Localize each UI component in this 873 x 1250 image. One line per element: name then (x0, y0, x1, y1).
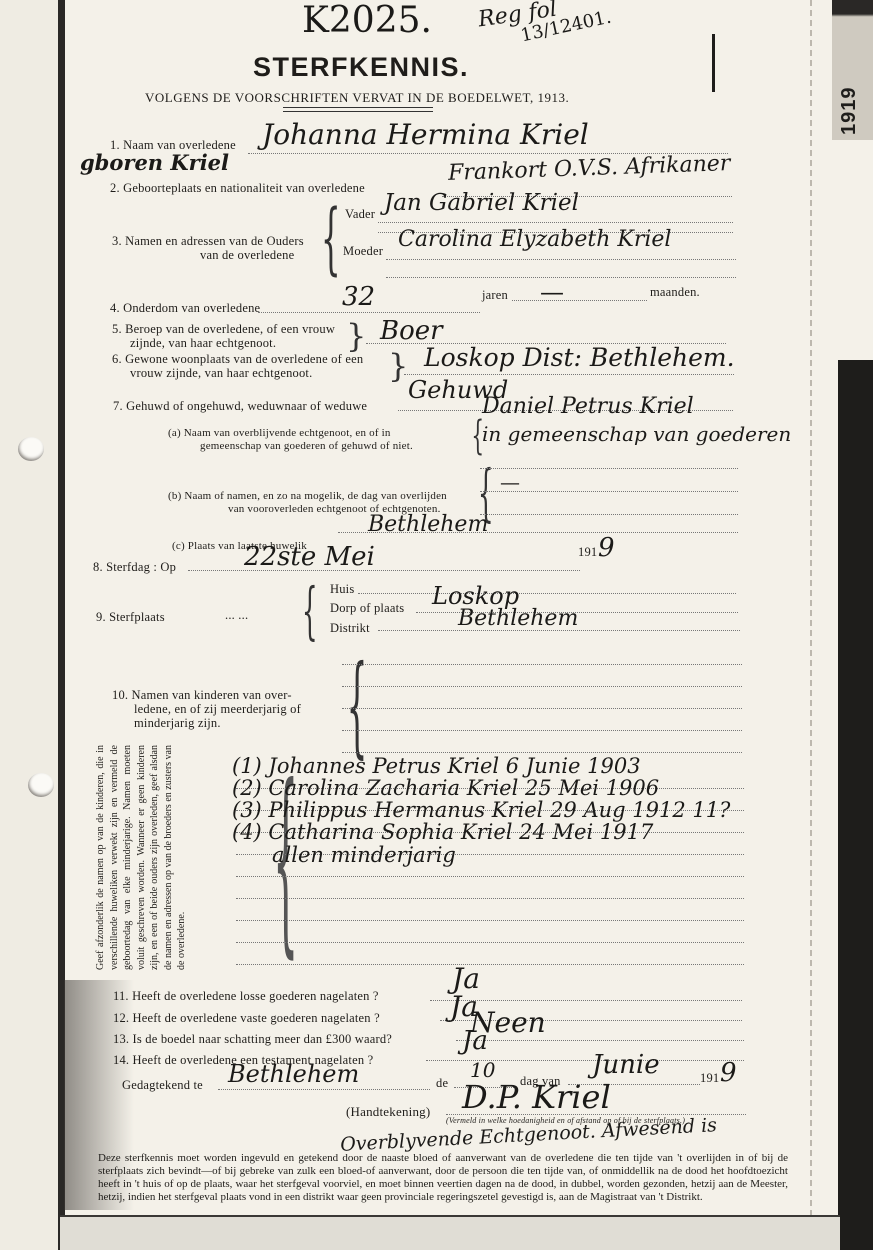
q10-line-3 (342, 708, 742, 709)
q4-label: 4. Onderdom van overledene (110, 301, 260, 316)
q7a-label-line2: gemeenschap van goederen of gehuwd of ni… (200, 440, 413, 452)
q7b-label-line1: (b) Naam of namen, en zo na mogelik, de … (168, 490, 447, 502)
q4-years[interactable]: 32 (342, 282, 375, 312)
q7a-value-line1[interactable]: Daniel Petrus Kriel (482, 394, 694, 419)
margin-mark (712, 34, 715, 92)
bottom-edge (60, 1215, 840, 1250)
q5-value[interactable]: Boer (380, 316, 443, 346)
reference-number: K2025. (302, 0, 432, 41)
signature-label: (Handtekening) (346, 1104, 430, 1120)
children-line-9 (236, 964, 744, 965)
q4-months[interactable]: — (540, 278, 564, 306)
q10-label-line3: minderjarig zijn. (134, 716, 221, 731)
fold-line (810, 0, 812, 1250)
moeder-line (386, 259, 736, 260)
q3-label-line2: van de overledene (200, 248, 294, 263)
q5-label-line2: zijnde, van haar echtgenoot. (130, 336, 276, 351)
q4-years-line (258, 312, 480, 313)
signing-label: Gedagtekend te (122, 1078, 203, 1093)
q10-label-line1: 10. Namen van kinderen van over- (112, 688, 292, 703)
vader-line (378, 222, 733, 223)
q8-year-prefix: 191 (578, 545, 597, 560)
children-line-8 (236, 942, 744, 943)
left-margin (0, 0, 62, 1250)
right-edge-strip (838, 360, 873, 1250)
margin-stamp: 1919 (838, 50, 866, 135)
page-title: STERFKENNIS. (253, 52, 469, 83)
child-entry[interactable]: (3) Philippus Hermanus Kriel 29 Aug 1912… (232, 798, 730, 822)
q1-value[interactable]: Johanna Hermina Kriel (262, 118, 589, 151)
q6-label-line2: vrouw zijnde, van haar echtgenoot. (130, 366, 312, 381)
huis-label: Huis (330, 582, 354, 597)
q5-label-line1: 5. Beroep van de overledene, of een vrou… (112, 322, 335, 337)
dorp-label: Dorp of plaats (330, 601, 404, 616)
children-line-5 (236, 876, 744, 877)
q8-label: 8. Sterfdag : Op (93, 560, 176, 575)
q9-label: 9. Sterfplaats (96, 610, 165, 625)
children-line-7 (236, 920, 744, 921)
huis-line (358, 593, 736, 594)
q3-label-line1: 3. Namen en adressen van de Ouders (112, 234, 304, 249)
q3-brace: { (321, 200, 341, 278)
q7c-value[interactable]: Bethlehem (368, 512, 488, 537)
child-entry[interactable]: (1) Johannes Petrus Kriel 6 Junie 1903 (232, 754, 641, 778)
vader-value[interactable]: Jan Gabriel Kriel (384, 190, 579, 216)
punch-hole (28, 773, 54, 797)
q7b-line-1 (480, 468, 738, 469)
q12-label: 12. Heeft de overledene vaste goederen n… (113, 1011, 380, 1026)
signing-place-line (218, 1089, 430, 1090)
signature[interactable]: D.P. Kriel (462, 1078, 611, 1116)
moeder-value[interactable]: Carolina Elyzabeth Kriel (398, 227, 671, 252)
q4-years-label: jaren (482, 288, 508, 303)
q13-line (456, 1040, 744, 1041)
child-entry[interactable]: (4) Catharina Sophia Kriel 24 Mei 1917 (232, 820, 653, 844)
child-status[interactable]: allen minderjarig (272, 843, 456, 867)
q7b-line-3 (480, 514, 738, 515)
q7a-value-line2[interactable]: in gemeenschap van goederen (482, 422, 791, 446)
children-line-6 (236, 898, 744, 899)
q10-line-2 (342, 686, 742, 687)
page-subtitle: VOLGENS DE VOORSCHRIFTEN VERVAT IN DE BO… (145, 90, 569, 106)
signing-place[interactable]: Bethlehem (228, 1060, 359, 1088)
q2-value[interactable]: Frankort O.V.S. Afrikaner (448, 151, 731, 186)
q14-value[interactable]: Ja (462, 1026, 488, 1056)
q6-line (404, 374, 734, 375)
footer-instructions: Deze sterfkennis moet worden ingevuld en… (98, 1152, 788, 1204)
q10-brace: { (347, 650, 368, 760)
q9-dots: ... ... (225, 608, 248, 623)
q10-line-1 (342, 664, 742, 665)
signing-de-label: de (436, 1076, 448, 1091)
q8-value[interactable]: 22ste Mei (244, 542, 375, 572)
q6-brace: } (388, 350, 408, 382)
q9-brace: { (302, 580, 318, 642)
title-rule (283, 107, 433, 112)
q10-label-line2: ledene, en of zij meerderjarig of (134, 702, 301, 717)
q7a-label-line1: (a) Naam van overblijvende echtgenoot, e… (168, 427, 391, 439)
q10-line-5 (342, 752, 742, 753)
moeder-label: Moeder (343, 244, 383, 259)
distrikt-value[interactable]: Bethlehem (458, 606, 578, 631)
vader-label: Vader (345, 207, 375, 222)
child-entry[interactable]: (2) Carolina Zacharia Kriel 25 Mei 1906 (232, 776, 659, 800)
q7-label: 7. Gehuwd of ongehuwd, weduwnaar of wedu… (113, 399, 367, 414)
q4-months-label: maanden. (650, 285, 700, 300)
signing-year-prefix: 191 (700, 1071, 719, 1086)
q8-year[interactable]: 9 (598, 533, 615, 563)
q6-label-line1: 6. Gewone woonplaats van de overledene o… (112, 352, 363, 367)
punch-hole (18, 437, 44, 461)
distrikt-label: Distrikt (330, 621, 370, 636)
q10-line-4 (342, 730, 742, 731)
signing-month[interactable]: Junie (592, 1050, 660, 1080)
q11-label: 11. Heeft de overledene losse goederen n… (113, 989, 379, 1004)
children-note-text: Geef afzonderlik de namen op van de kind… (94, 745, 189, 970)
signing-year[interactable]: 9 (720, 1058, 737, 1088)
q7b-value[interactable]: — (500, 470, 520, 494)
q13-label: 13. Is de boedel naar schatting meer dan… (113, 1032, 392, 1047)
children-instructions: Geef afzonderlik de namen op van de kind… (94, 745, 219, 970)
q1-value-line2[interactable]: gboren Kriel (80, 150, 229, 175)
q5-brace: } (346, 320, 366, 352)
q4-months-line (512, 300, 647, 301)
q6-value[interactable]: Loskop Dist: Bethlehem. (424, 343, 735, 372)
